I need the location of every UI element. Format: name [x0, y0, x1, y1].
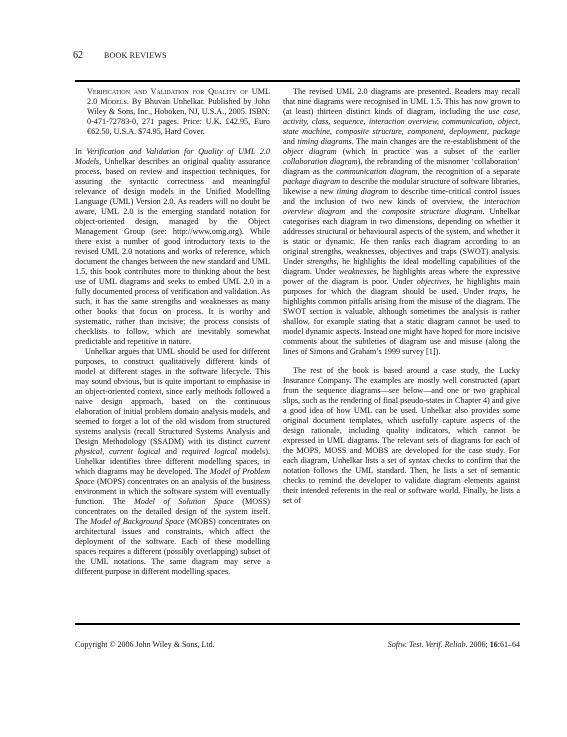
footer-copyright: Copyright © 2006 John Wiley & Sons, Ltd.	[75, 640, 215, 649]
paragraph: The revised UML 2.0 diagrams are present…	[283, 87, 520, 357]
bottom-rule	[75, 623, 520, 625]
paragraph: Unhelkar argues that UML should be used …	[75, 347, 270, 577]
top-rule	[75, 80, 520, 82]
page-number: 62	[73, 50, 83, 61]
book-citation: Verification and Validation for Quality …	[75, 87, 270, 137]
right-column: The revised UML 2.0 diagrams are present…	[283, 87, 520, 506]
footer-journal-citation: Softw. Test. Verif. Reliab. 2006; 16:61–…	[388, 640, 520, 649]
paragraph: In Verification and Validation for Quali…	[75, 147, 270, 347]
running-head: BOOK REVIEWS	[104, 51, 167, 60]
paragraph: The rest of the book is based around a c…	[283, 366, 520, 506]
left-column: Verification and Validation for Quality …	[75, 87, 270, 577]
